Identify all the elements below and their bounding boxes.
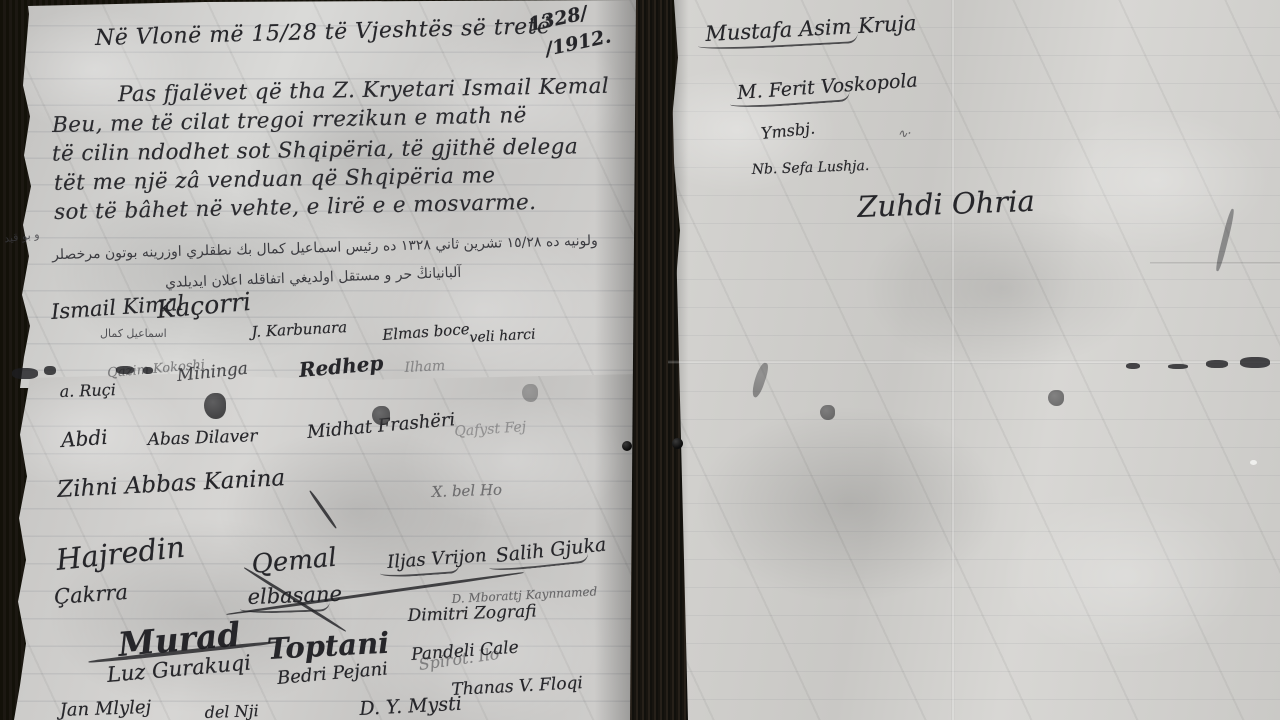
signature-flourish <box>240 601 330 614</box>
right-edge-seam <box>1150 262 1280 265</box>
flourish-stroke <box>309 490 338 529</box>
right-page-sheet <box>664 0 1280 720</box>
signature: Redhep <box>298 351 384 382</box>
signature: Zihni Abbas Kanina <box>57 465 286 503</box>
signature: Ilham <box>404 358 445 376</box>
signature: a. Ruçi <box>59 380 116 401</box>
paper-speck <box>1250 460 1257 465</box>
signature: elbasane <box>247 582 342 609</box>
signature: Zuhdi Ohria <box>857 184 1036 224</box>
signature: X. bel Ho <box>431 481 502 501</box>
fold-stain <box>1206 360 1228 368</box>
signature-flourish <box>380 563 461 579</box>
signature-flourish <box>698 33 858 51</box>
signature: J. Karbunara <box>251 318 347 341</box>
signature: Jan Mlylej <box>59 697 151 720</box>
signature: Thanas V. Floqi <box>451 673 583 700</box>
signature: Qemal <box>250 543 337 580</box>
signature-flourish <box>730 91 850 109</box>
signature: Iljas Vrijon <box>387 545 488 573</box>
seam-stain <box>44 366 56 375</box>
center-binding-strip <box>628 0 690 720</box>
fold-stain <box>1240 357 1270 368</box>
vertical-fold-crease <box>951 0 955 720</box>
signature: Nb. Sefa Lushja. <box>751 158 869 178</box>
ink-blot <box>820 405 835 420</box>
ottoman-script-line: آلبانيانڭ حر و مستقل اولديغي اتفاقله اعل… <box>165 265 462 291</box>
signature: Mustafa Asim Kruja <box>705 11 917 46</box>
signature: D. Y. Mysti <box>359 693 462 720</box>
signature: M. Ferit Voskopola <box>736 69 918 104</box>
declaration-line: të cilin ndodhet sot Shqipëria, të gjith… <box>52 134 578 166</box>
horizontal-fold-crease <box>668 360 1280 364</box>
seam-stain <box>12 368 38 379</box>
ink-smudge <box>522 384 538 402</box>
signature: Hajredin <box>54 530 186 577</box>
ottoman-script-line: اسماعيل كمال <box>100 327 167 340</box>
signature: del Nji <box>204 701 259 720</box>
signature: Ymsbj. <box>760 118 816 143</box>
paper-crumple-texture <box>664 0 1280 720</box>
declaration-line: tët me një zâ venduan që Shqipëria me <box>54 163 496 196</box>
signature: Abdi <box>60 425 108 452</box>
signature: ∿· <box>897 126 912 141</box>
pin <box>622 441 632 451</box>
signature: Qafyst Fej <box>454 419 527 440</box>
declaration-line: sot të bâhet në vehte, e lirë e e mosvar… <box>54 190 537 225</box>
signature: Çakrra <box>53 580 128 609</box>
signature-flourish <box>489 552 589 572</box>
signature: veli harci <box>469 327 536 346</box>
ink-blot <box>204 393 226 419</box>
declaration-line: Beu, me të cilat tregoi rrezikun e math … <box>52 103 527 138</box>
ink-streak <box>750 361 771 398</box>
ottoman-script-line: و بو قيد <box>3 228 40 246</box>
signature: Salih Gjuka <box>495 534 608 567</box>
ottoman-script-line: ولونيه ده ١٥/٢٨ تشرين ثاني ١٣٢٨ ده رئيس … <box>52 233 598 263</box>
fold-stain <box>1168 364 1188 369</box>
document-photo: Në Vlonë më 15/28 të Vjeshtës së tretë 1… <box>0 0 1280 720</box>
signature: Dimitri Zografi <box>407 602 537 626</box>
pin <box>672 438 683 449</box>
declaration-line: Pas fjalëvet që tha Z. Kryetari Ismail K… <box>118 74 609 108</box>
tear-streak <box>1214 208 1235 272</box>
signature: Abas Dilaver <box>147 426 257 450</box>
fold-stain <box>1126 363 1140 369</box>
date-line: Në Vlonë më 15/28 të Vjeshtës së tretë <box>95 14 551 51</box>
signature: Midhat Frashëri <box>306 409 456 443</box>
ink-blot <box>1048 390 1064 406</box>
signature: Elmas boce <box>382 320 470 344</box>
